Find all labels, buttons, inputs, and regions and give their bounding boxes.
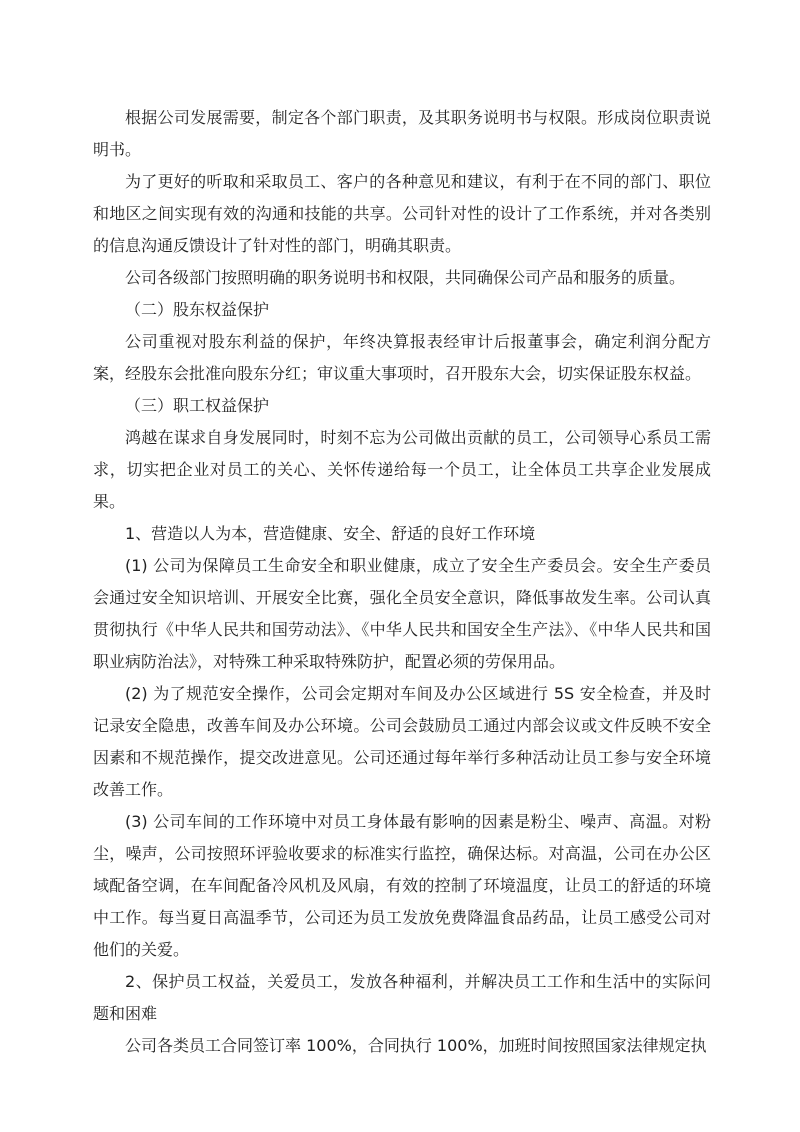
document-content: 根据公司发展需要，制定各个部门职责，及其职务说明书与权限。形成岗位职责说明书。 … — [93, 102, 711, 1062]
section-heading: （二）股东权益保护 — [93, 294, 711, 326]
sub-heading: 1、营造以人为本，营造健康、安全、舒适的良好工作环境 — [93, 518, 711, 550]
paragraph: (3) 公司车间的工作环境中对员工身体最有影响的因素是粉尘、噪声、高温。对粉尘，… — [93, 806, 711, 966]
document-page: 根据公司发展需要，制定各个部门职责，及其职务说明书与权限。形成岗位职责说明书。 … — [0, 0, 800, 1132]
paragraph: 为了更好的听取和采取员工、客户的各种意见和建议，有利于在不同的部门、职位和地区之… — [93, 166, 711, 262]
paragraph: (2) 为了规范安全操作，公司会定期对车间及办公区域进行 5S 安全检查，并及时… — [93, 678, 711, 806]
section-heading: （三）职工权益保护 — [93, 390, 711, 422]
paragraph: 根据公司发展需要，制定各个部门职责，及其职务说明书与权限。形成岗位职责说明书。 — [93, 102, 711, 166]
paragraph: 公司各级部门按照明确的职务说明书和权限，共同确保公司产品和服务的质量。 — [93, 262, 711, 294]
paragraph: (1) 公司为保障员工生命安全和职业健康，成立了安全生产委员会。安全生产委员会通… — [93, 550, 711, 678]
paragraph: 公司各类员工合同签订率 100%，合同执行 100%，加班时间按照国家法律规定执 — [93, 1030, 711, 1062]
paragraph: 公司重视对股东利益的保护，年终决算报表经审计后报董事会，确定利润分配方案，经股东… — [93, 326, 711, 390]
sub-heading: 2、保护员工权益，关爱员工，发放各种福利，并解决员工工作和生活中的实际问题和困难 — [93, 966, 711, 1030]
paragraph: 鸿越在谋求自身发展同时，时刻不忘为公司做出贡献的员工，公司领导心系员工需求，切实… — [93, 422, 711, 518]
